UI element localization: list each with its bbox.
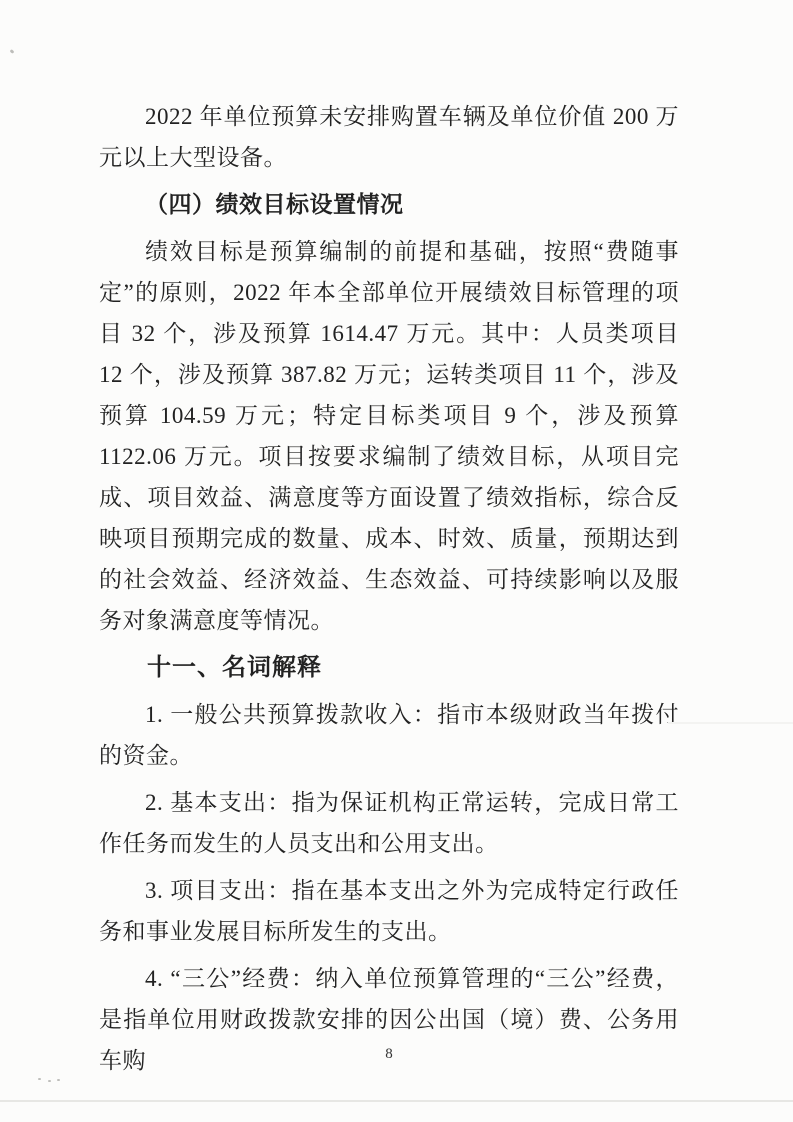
page-content: 2022 年单位预算未安排购置车辆及单位价值 200 万元以上大型设备。 （四）…	[99, 96, 679, 1087]
term-project-expenditure: 3. 项目支出：指在基本支出之外为完成特定行政任务和事业发展目标所发生的支出。	[99, 870, 679, 952]
page-number: 8	[385, 1046, 393, 1062]
scan-page-edge-line	[0, 1100, 793, 1102]
scan-speck	[38, 1078, 41, 1080]
scan-speck	[561, 706, 563, 708]
scan-speck	[48, 1080, 51, 1082]
page-footer: 8	[99, 1046, 679, 1063]
scan-speck	[10, 49, 15, 54]
paragraph-vehicle-equipment: 2022 年单位预算未安排购置车辆及单位价值 200 万元以上大型设备。	[99, 96, 679, 178]
term-general-public-budget-income: 1. 一般公共预算拨款收入：指市本级财政当年拨付的资金。	[99, 694, 679, 776]
paragraph-performance-targets: 绩效目标是预算编制的前提和基础，按照“费随事定”的原则，2022 年本全部单位开…	[99, 231, 679, 641]
heading-glossary: 十一、名词解释	[99, 647, 679, 688]
scan-streak	[668, 722, 793, 724]
heading-section-four: （四）绩效目标设置情况	[99, 184, 679, 225]
scan-speck	[57, 1079, 60, 1081]
term-basic-expenditure: 2. 基本支出：指为保证机构正常运转，完成日常工作任务而发生的人员支出和公用支出…	[99, 782, 679, 864]
document-page: 2022 年单位预算未安排购置车辆及单位价值 200 万元以上大型设备。 （四）…	[0, 0, 793, 1122]
